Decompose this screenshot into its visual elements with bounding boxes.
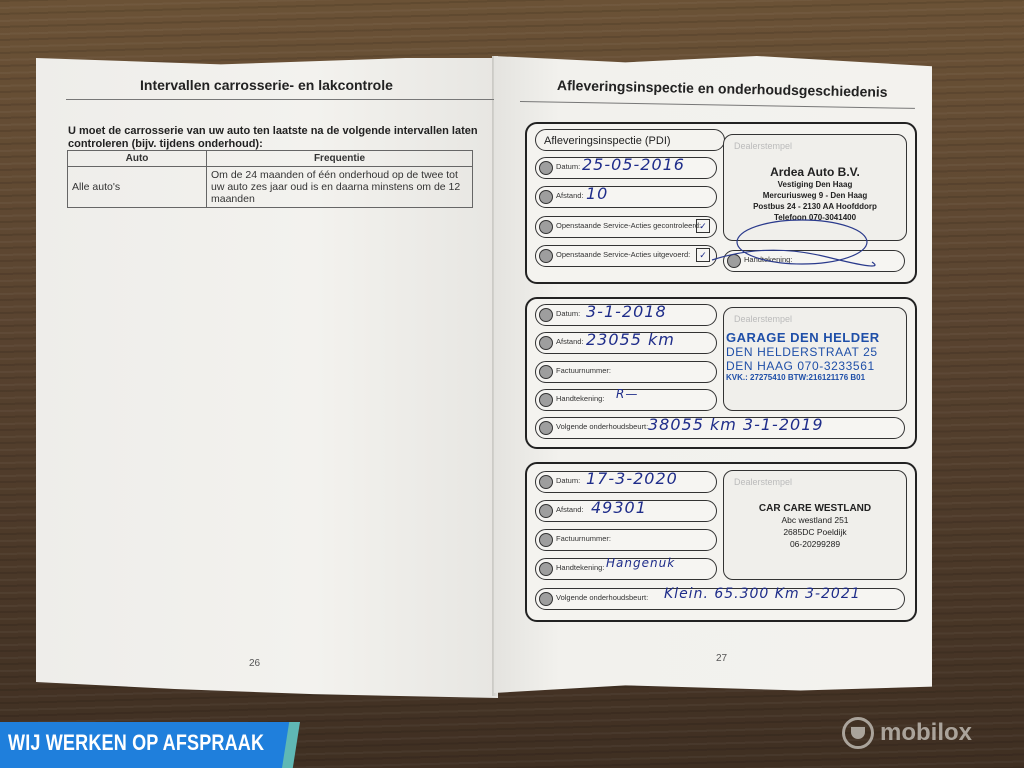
mobilox-logo: mobilox <box>842 717 972 749</box>
stamp-line: Vestiging Den Haag <box>724 179 906 190</box>
mobilox-logo-icon <box>842 717 874 749</box>
radio-circle-icon <box>539 562 553 576</box>
table-row: Alle auto's Om de 24 maanden of één onde… <box>68 167 473 208</box>
stamp-line: DEN HAAG 070-3233561 <box>726 359 880 373</box>
handwritten-signature: Hangenuk <box>606 556 675 570</box>
pdi-field-acties-uitgevoerd: Openstaande Service-Acties uitgevoerd: ✓ <box>535 245 717 267</box>
left-heading-rule <box>66 99 494 100</box>
left-page-intro: U moet de carrosserie van uw auto ten la… <box>68 125 488 151</box>
field-label: Datum: <box>556 309 580 318</box>
service1-field-afstand: Afstand: 23055 km <box>535 332 717 354</box>
field-label: Volgende onderhoudsbeurt: <box>556 422 648 431</box>
stamp-name: GARAGE DEN HELDER <box>726 330 880 345</box>
field-label: Datum: <box>556 476 580 485</box>
service2-field-factuurnummer: Factuurnummer: <box>535 529 717 551</box>
stamp-line: DEN HELDERSTRAAT 25 <box>726 345 880 359</box>
left-page-heading: Intervallen carrosserie- en lakcontrole <box>140 77 393 93</box>
stamp-line: Mercuriusweg 9 - Den Haag <box>724 190 906 201</box>
stamp-name: CAR CARE WESTLAND <box>724 503 906 514</box>
service1-dealer-stamp-box: Dealerstempel GARAGE DEN HELDER DEN HELD… <box>723 307 907 411</box>
field-label: Factuurnummer: <box>556 366 611 375</box>
service2-dealer-stamp-box: Dealerstempel CAR CARE WESTLAND Abc west… <box>723 470 907 580</box>
table-cell-frequentie: Om de 24 maanden of één onderhoud op de … <box>207 167 473 208</box>
service2-field-afstand: Afstand: 49301 <box>535 500 717 522</box>
stamp-line: 06-20299289 <box>724 538 906 550</box>
handwritten-distance: 23055 km <box>586 330 675 349</box>
page-number-left: 26 <box>249 658 260 669</box>
stamp-label: Dealerstempel <box>734 477 792 487</box>
stamp-label: Dealerstempel <box>734 141 792 151</box>
field-label: Afstand: <box>556 191 584 200</box>
field-label: Handtekening: <box>556 394 604 403</box>
handwritten-next-service: Klein. 65.300 Km 3-2021 <box>664 586 861 602</box>
radio-circle-icon <box>539 421 553 435</box>
banner-text: WIJ WERKEN OP AFSPRAAK <box>8 730 264 756</box>
stamp-label: Dealerstempel <box>734 314 792 324</box>
handwritten-next-service: 38055 km 3-1-2019 <box>648 415 824 434</box>
dealer-stamp: GARAGE DEN HELDER DEN HELDERSTRAAT 25 DE… <box>726 330 880 382</box>
radio-circle-icon <box>539 336 553 350</box>
field-label: Factuurnummer: <box>556 534 611 543</box>
signature-scribble <box>707 212 877 272</box>
stamp-name: Ardea Auto B.V. <box>724 165 906 179</box>
handwritten-date: 3-1-2018 <box>586 302 667 321</box>
pdi-field-acties-gecontroleerd: Openstaande Service-Acties gecontroleerd… <box>535 216 717 238</box>
pdi-section: Afleveringsinspectie (PDI) Datum: 25-05-… <box>525 122 917 284</box>
radio-circle-icon <box>539 308 553 322</box>
handwritten-date: 25-05-2016 <box>582 155 685 174</box>
service-entry-2: Datum: 17-3-2020 Afstand: 49301 Factuurn… <box>525 462 917 622</box>
logo-text: mobilox <box>880 719 972 747</box>
service-entry-1: Datum: 3-1-2018 Afstand: 23055 km Factuu… <box>525 297 917 449</box>
handwritten-distance: 10 <box>586 184 608 203</box>
field-label: Afstand: <box>556 337 584 346</box>
dealer-stamp: CAR CARE WESTLAND Abc westland 251 2685D… <box>724 503 906 550</box>
field-label: Afstand: <box>556 505 584 514</box>
field-label: Handtekening: <box>556 563 604 572</box>
stamp-line: Postbus 24 - 2130 AA Hoofddorp <box>724 201 906 212</box>
handwritten-signature: R— <box>616 387 638 401</box>
radio-circle-icon <box>539 475 553 489</box>
field-label: Volgende onderhoudsbeurt: <box>556 593 648 602</box>
service1-field-datum: Datum: 3-1-2018 <box>535 304 717 326</box>
radio-circle-icon <box>539 161 553 175</box>
field-label: Openstaande Service-Acties uitgevoerd: <box>556 250 690 259</box>
stamp-line: Abc westland 251 <box>724 514 906 526</box>
field-label: Openstaande Service-Acties gecontroleerd… <box>556 221 701 230</box>
table-header-auto: Auto <box>68 151 207 167</box>
field-label: Datum: <box>556 162 580 171</box>
service1-field-handtekening: Handtekening: R— <box>535 389 717 411</box>
radio-circle-icon <box>539 190 553 204</box>
page-number-right: 27 <box>716 653 727 664</box>
pdi-field-datum: Datum: 25-05-2016 <box>535 157 717 179</box>
radio-circle-icon <box>539 504 553 518</box>
radio-circle-icon <box>539 393 553 407</box>
service2-field-datum: Datum: 17-3-2020 <box>535 471 717 493</box>
service2-field-volgende: Volgende onderhoudsbeurt: Klein. 65.300 … <box>535 588 905 610</box>
stamp-line: KVK.: 27275410 BTW:216121176 B01 <box>726 373 880 382</box>
handwritten-date: 17-3-2020 <box>586 469 678 488</box>
service1-field-factuurnummer: Factuurnummer: <box>535 361 717 383</box>
pdi-field-afstand: Afstand: 10 <box>535 186 717 208</box>
service2-field-handtekening: Handtekening: Hangenuk <box>535 558 717 580</box>
radio-circle-icon <box>539 533 553 547</box>
interval-table: Auto Frequentie Alle auto's Om de 24 maa… <box>67 150 473 208</box>
radio-circle-icon <box>539 365 553 379</box>
pdi-title: Afleveringsinspectie (PDI) <box>535 129 725 151</box>
service1-field-volgende: Volgende onderhoudsbeurt: 38055 km 3-1-2… <box>535 417 905 439</box>
stamp-line: 2685DC Poeldijk <box>724 526 906 538</box>
radio-circle-icon <box>539 592 553 606</box>
radio-circle-icon <box>539 220 553 234</box>
table-cell-auto: Alle auto's <box>68 167 207 208</box>
table-header-frequentie: Frequentie <box>207 151 473 167</box>
handwritten-distance: 49301 <box>591 498 647 517</box>
radio-circle-icon <box>539 249 553 263</box>
